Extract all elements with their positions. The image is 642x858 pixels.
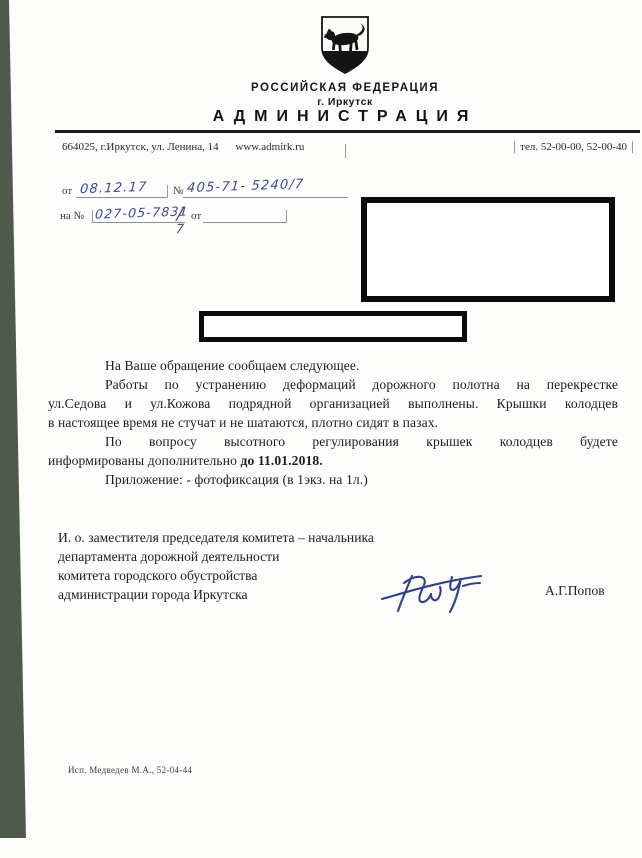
attachment-line: Приложение: - фотофиксация (в 1экз. на 1… (48, 470, 618, 489)
outgoing-number-label: № (173, 185, 184, 197)
field-tick (286, 210, 287, 223)
scanned-letter-page: РОССИЙСКАЯ ФЕДЕРАЦИЯ г. Иркутск АДМИНИСТ… (0, 0, 642, 858)
outgoing-date-value: 08.12.17 (79, 180, 148, 197)
field-tick (167, 185, 168, 198)
contact-row: 664025, г.Иркутск, ул. Ленина, 14 www.ad… (62, 141, 637, 159)
position-line: И. о. заместителя председателя комитета … (58, 528, 478, 547)
executor-note: Исп. Медведев М.А., 52-04-44 (68, 765, 192, 775)
body-line: информированы дополнительно до 11.01.201… (48, 451, 618, 470)
header-divider-line (345, 144, 346, 158)
postal-address: 664025, г.Иркутск, ул. Ленина, 14 www.ad… (62, 141, 304, 153)
outgoing-date-label: от (62, 185, 72, 197)
website: www.admirk.ru (235, 141, 304, 153)
incoming-number-suffix: 7 (175, 221, 185, 236)
body-line: На Ваше обращение сообщаем следующее. (48, 356, 618, 375)
deadline-date: до 11.01.2018. (240, 453, 322, 468)
irkutsk-coat-of-arms-icon (316, 14, 374, 80)
phone: тел. 52-00-00, 52-00-40 (514, 141, 633, 153)
letter-body: На Ваше обращение сообщаем следующее. Ра… (48, 356, 618, 489)
incoming-date-field (203, 209, 286, 223)
country-title: РОССИЙСКАЯ ФЕДЕРАЦИЯ (50, 82, 640, 94)
incoming-date-label: от (191, 210, 201, 222)
header-rule (55, 130, 640, 133)
body-line: По вопросу высотного регулирования крыше… (48, 432, 618, 451)
administration-title: АДМИНИСТРАЦИЯ (50, 108, 640, 126)
incoming-number-label: на № (60, 210, 84, 222)
body-line: в настоящее время не стучат и не шатаютс… (48, 413, 618, 432)
body-line-text: информированы дополнительно (48, 453, 240, 468)
handwritten-signature (378, 564, 486, 620)
signer-name: А.Г.Попов (545, 583, 605, 599)
body-line: Работы по устранению деформаций дорожног… (48, 375, 618, 394)
address-text: 664025, г.Иркутск, ул. Ленина, 14 (62, 141, 219, 153)
city-title: г. Иркутск (50, 96, 640, 108)
body-line: ул.Седова и ул.Кожова подрядной организа… (48, 394, 618, 413)
redaction-box-addressee (361, 197, 615, 302)
redaction-box-subject (199, 311, 467, 342)
left-binding-strip (0, 0, 26, 838)
